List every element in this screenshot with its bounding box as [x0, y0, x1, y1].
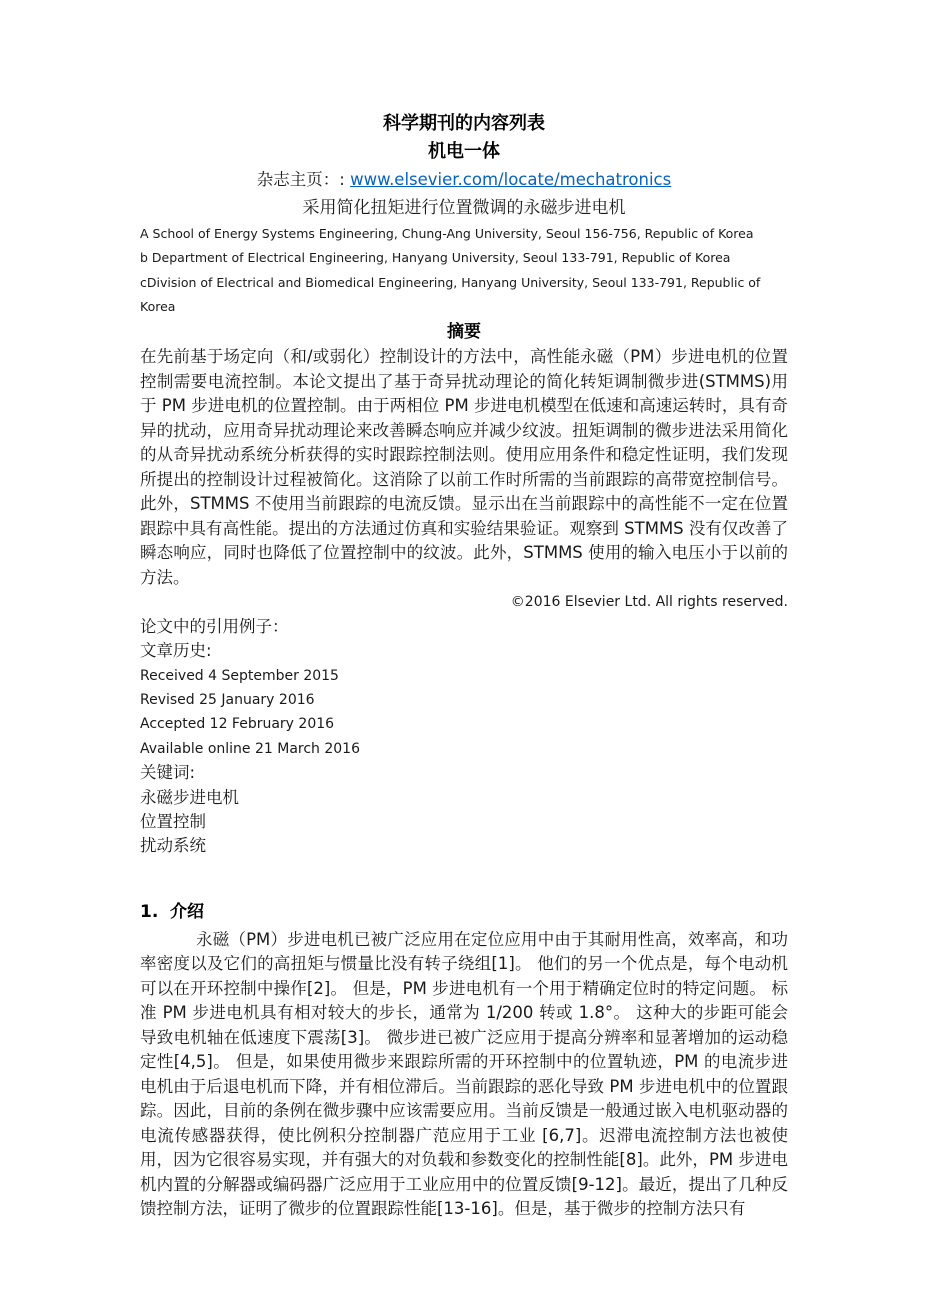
citation-label: 论文中的引用例子： [140, 615, 788, 639]
history-accepted: Accepted 12 February 2016 [140, 712, 788, 736]
section-1-number: 1. [140, 899, 170, 926]
affiliations-block: A School of Energy Systems Engineering, … [140, 222, 788, 319]
abstract-heading: 摘要 [140, 319, 788, 345]
affiliation-line: b Department of Electrical Engineering, … [140, 246, 788, 270]
affiliation-line: A School of Energy Systems Engineering, … [140, 222, 788, 246]
document-content: 科学期刊的内容列表 机电一体 杂志主页：: www.elsevier.com/l… [140, 110, 788, 1222]
journal-homepage-label: 杂志主页：: [257, 170, 345, 189]
history-available-online: Available online 21 March 2016 [140, 737, 788, 761]
journal-homepage-line: 杂志主页：: www.elsevier.com/locate/mechatron… [140, 166, 788, 194]
copyright-line: ©2016 Elsevier Ltd. All rights reserved. [140, 590, 788, 615]
article-meta-block: 论文中的引用例子： 文章历史: Received 4 September 201… [140, 615, 788, 859]
keyword-item: 扰动系统 [140, 834, 788, 858]
journal-name: 机电一体 [140, 138, 788, 166]
abstract-body: 在先前基于场定向（和/或弱化）控制设计的方法中，高性能永磁（PM）步进电机的位置… [140, 345, 788, 590]
keywords-label: 关键词: [140, 761, 788, 785]
paper-title: 采用简化扭矩进行位置微调的永磁步进电机 [140, 194, 788, 222]
keyword-item: 永磁步进电机 [140, 786, 788, 810]
section-1-heading: 1.介绍 [140, 899, 788, 926]
document-page: 科学期刊的内容列表 机电一体 杂志主页：: www.elsevier.com/l… [0, 0, 926, 1309]
section-1-body: 永磁（PM）步进电机已被广泛应用在定位应用中由于其耐用性高，效率高，和功率密度以… [140, 928, 788, 1222]
journal-homepage-link[interactable]: www.elsevier.com/locate/mechatronics [350, 170, 671, 189]
history-received: Received 4 September 2015 [140, 664, 788, 688]
section-1-title: 介绍 [170, 902, 204, 922]
banner-line: 科学期刊的内容列表 [140, 110, 788, 138]
keyword-item: 位置控制 [140, 810, 788, 834]
affiliation-line: cDivision of Electrical and Biomedical E… [140, 271, 788, 320]
history-revised: Revised 25 January 2016 [140, 688, 788, 712]
article-history-label: 文章历史: [140, 639, 788, 663]
